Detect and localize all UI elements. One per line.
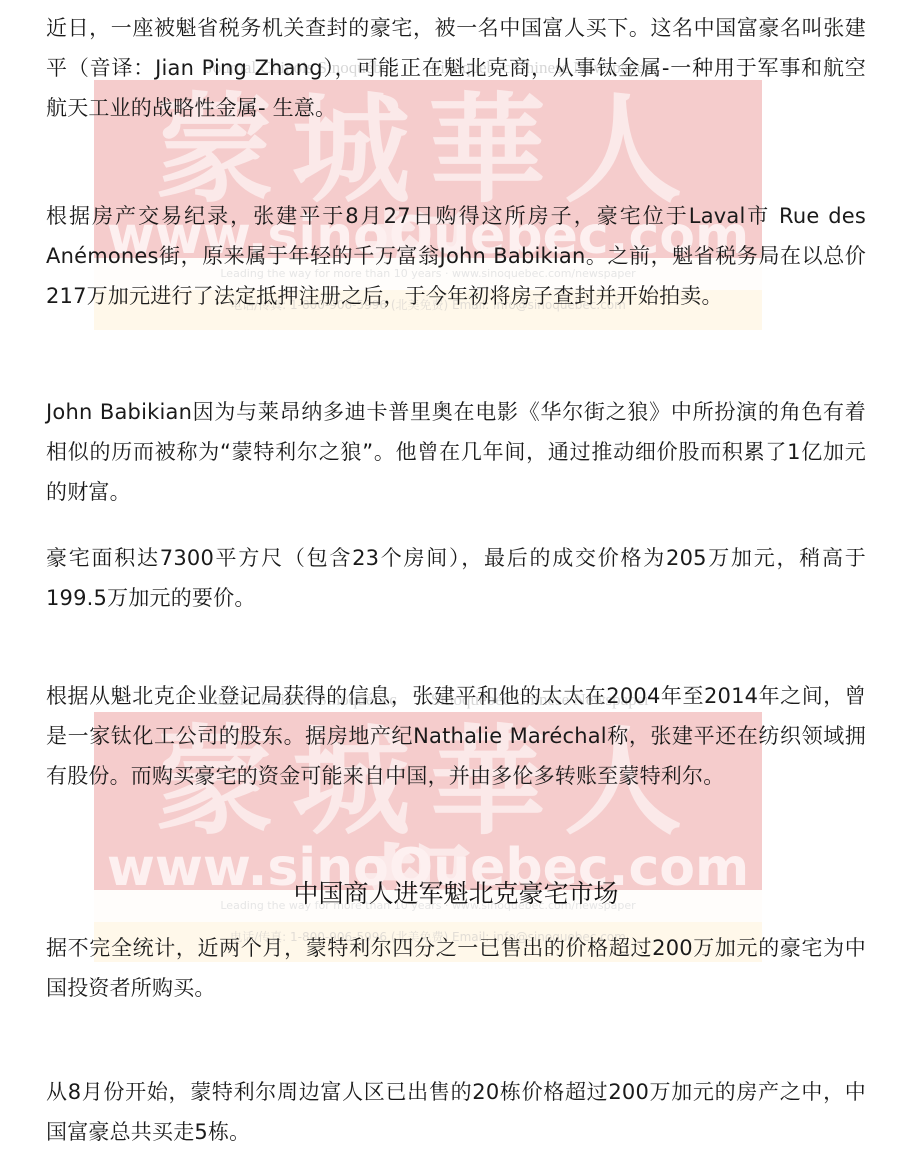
- paragraph-statistics: 据不完全统计，近两个月，蒙特利尔四分之一已售出的价格超过200万加元的豪宅为中国…: [46, 928, 866, 1008]
- paragraph-sales: 从8月份开始，蒙特利尔周边富人区已出售的20栋价格超过200万加元的房产之中，中…: [46, 1072, 866, 1152]
- paragraph-price: 豪宅面积达7300平方尺（包含23个房间），最后的成交价格为205万加元，稍高于…: [46, 538, 866, 618]
- paragraph-transaction: 根据房产交易纪录，张建平于8月27日购得这所房子，豪宅位于Laval市 Rue …: [46, 196, 866, 316]
- paragraph-intro: 近日，一座被魁省税务机关查封的豪宅，被一名中国富人买下。这名中国富豪名叫张建平（…: [46, 8, 866, 128]
- section-subheading: 中国商人进军魁北克豪宅市场: [46, 874, 866, 914]
- paragraph-background: 根据从魁北克企业登记局获得的信息，张建平和他的太太在2004年至2014年之间，…: [46, 676, 866, 796]
- paragraph-babikian: John Babikian因为与莱昂纳多迪卡普里奥在电影《华尔街之狼》中所扮演的…: [46, 392, 866, 512]
